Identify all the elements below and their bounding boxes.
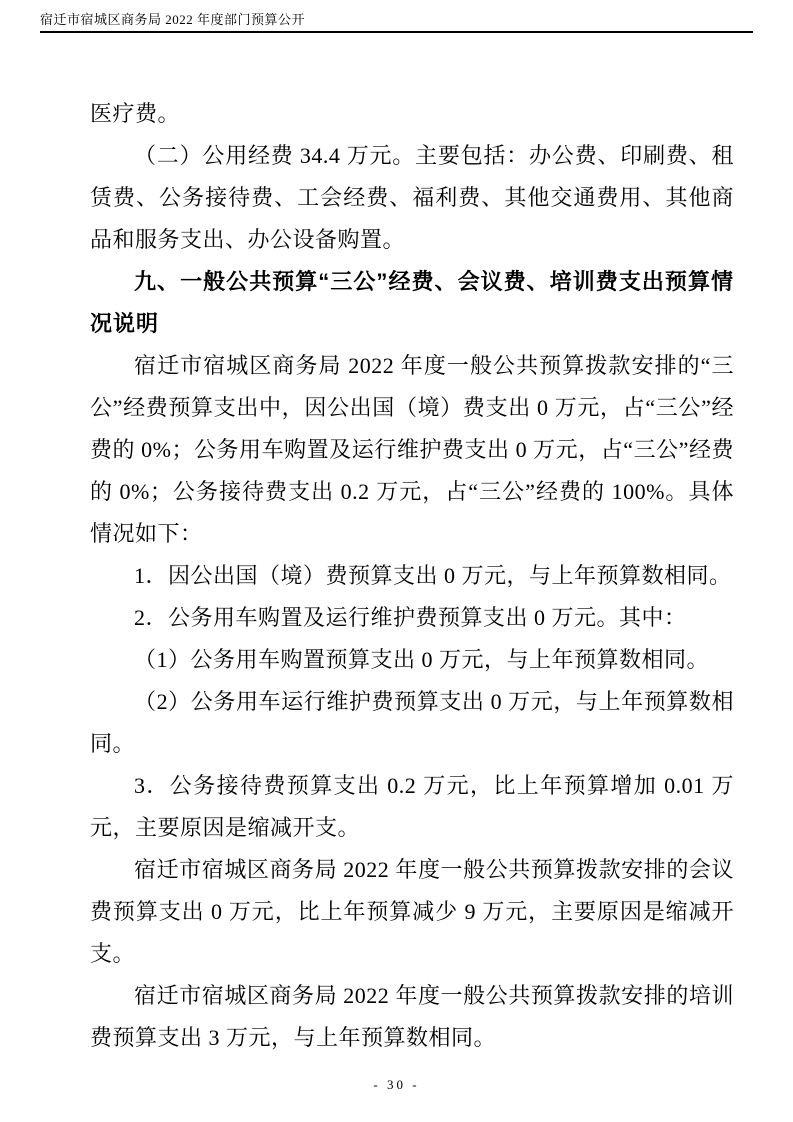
body-paragraph: 宿迁市宿城区商务局 2022 年度一般公共预算拨款安排的“三公”经费预算支出中，… <box>90 345 734 555</box>
body-paragraph: 2．公务用车购置及运行维护费预算支出 0 万元。其中： <box>90 597 734 639</box>
header-title: 宿迁市宿城区商务局 2022 年度部门预算公开 <box>40 0 753 28</box>
document-body: 医疗费。（二）公用经费 34.4 万元。主要包括：办公费、印刷费、租赁费、公务接… <box>90 93 734 1059</box>
body-paragraph: （1）公务用车购置预算支出 0 万元，与上年预算数相同。 <box>90 639 734 681</box>
body-paragraph: （二）公用经费 34.4 万元。主要包括：办公费、印刷费、租赁费、公务接待费、工… <box>90 135 734 261</box>
body-paragraph: 宿迁市宿城区商务局 2022 年度一般公共预算拨款安排的会议费预算支出 0 万元… <box>90 849 734 975</box>
body-paragraph: 3．公务接待费预算支出 0.2 万元，比上年预算增加 0.01 万元，主要原因是… <box>90 765 734 849</box>
body-paragraph: 1．因公出国（境）费预算支出 0 万元，与上年预算数相同。 <box>90 555 734 597</box>
section-heading: 九、一般公共预算“三公”经费、会议费、培训费支出预算情况说明 <box>90 261 734 345</box>
document-page: 宿迁市宿城区商务局 2022 年度部门预算公开 医疗费。（二）公用经费 34.4… <box>0 0 793 1122</box>
page-number: - 30 - <box>373 1077 419 1092</box>
body-paragraph: 宿迁市宿城区商务局 2022 年度一般公共预算拨款安排的培训费预算支出 3 万元… <box>90 975 734 1059</box>
page-header: 宿迁市宿城区商务局 2022 年度部门预算公开 <box>40 0 753 33</box>
header-rule <box>40 31 753 33</box>
body-paragraph: 医疗费。 <box>90 93 734 135</box>
page-footer: - 30 - <box>0 1076 793 1094</box>
body-paragraph: （2）公务用车运行维护费预算支出 0 万元，与上年预算数相同。 <box>90 681 734 765</box>
